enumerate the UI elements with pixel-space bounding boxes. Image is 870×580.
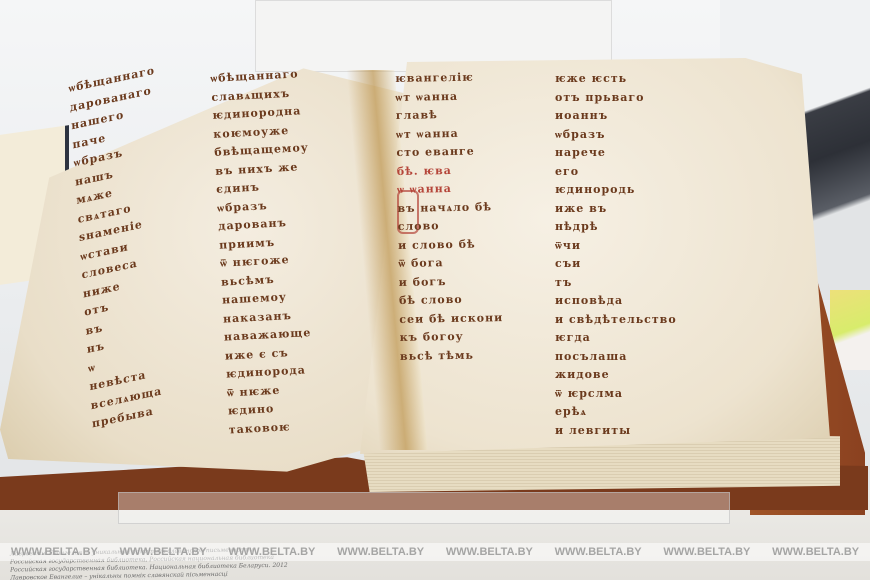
manuscript-line: къ богоу bbox=[400, 327, 504, 347]
manuscript-line: его bbox=[555, 163, 677, 182]
manuscript-line: ѿчи bbox=[555, 237, 677, 256]
manuscript-line: ѡбразъ bbox=[555, 126, 677, 145]
manuscript-line: исповѣда bbox=[555, 292, 677, 311]
manuscript-line: сеи бѣ искони bbox=[399, 309, 503, 329]
watermark-text: WWW.BELTA.BY bbox=[772, 546, 859, 558]
manuscript-line: въ начѧло бѣ bbox=[397, 198, 501, 218]
manuscript-line: и слово бѣ bbox=[398, 235, 502, 255]
manuscript-line: ѥже ѥсть bbox=[555, 70, 677, 89]
manuscript-line: и свѣдѣтельство bbox=[555, 311, 677, 330]
manuscript-line: ѡ ѡанна bbox=[397, 179, 501, 199]
manuscript-line: иже въ bbox=[555, 200, 677, 219]
manuscript-line: тъ bbox=[555, 274, 677, 293]
left-page-column-2: ѡбѣщаннагославѧщихъѥдинороднакоѥмоужебвѣ… bbox=[210, 65, 324, 439]
manuscript-line: ерѣѧ bbox=[555, 403, 677, 422]
manuscript-line: ѥдинородь bbox=[555, 181, 677, 200]
watermark-text: WWW.BELTA.BY bbox=[11, 546, 98, 558]
manuscript-line: ѥвангеліѥ bbox=[395, 68, 499, 88]
manuscript-line: вьсѣ тѣмь bbox=[400, 346, 504, 366]
manuscript-line: бѣ. ѥва bbox=[397, 161, 501, 181]
manuscript-line: и левгиты bbox=[555, 422, 677, 441]
watermark-text: WWW.BELTA.BY bbox=[337, 546, 424, 558]
manuscript-line: бѣ слово bbox=[399, 290, 503, 310]
manuscript-line: посълаша bbox=[555, 348, 677, 367]
watermark-text: WWW.BELTA.BY bbox=[446, 546, 533, 558]
right-page-column-1: ѥвангеліѥѡт ѡаннаглавѣѡт ѡаннасто еванге… bbox=[395, 68, 504, 366]
manuscript-line: нѣдрѣ bbox=[555, 218, 677, 237]
watermark-text: WWW.BELTA.BY bbox=[555, 546, 642, 558]
manuscript-line: и богъ bbox=[399, 272, 503, 292]
manuscript-line: сто еванге bbox=[396, 142, 500, 162]
manuscript-line: слово bbox=[398, 216, 502, 236]
manuscript-line: нарече bbox=[555, 144, 677, 163]
watermark-text: WWW.BELTA.BY bbox=[663, 546, 750, 558]
manuscript-line: ѡт ѡанна bbox=[395, 87, 499, 107]
manuscript-line: жидове bbox=[555, 366, 677, 385]
manuscript-line: ѥгда bbox=[555, 329, 677, 348]
manuscript-line: ѿ ѥрслма bbox=[555, 385, 677, 404]
watermark-strip: WWW.BELTA.BY WWW.BELTA.BY WWW.BELTA.BY W… bbox=[0, 543, 870, 561]
manuscript-line: отъ прьваго bbox=[555, 89, 677, 108]
manuscript-line: иоаннъ bbox=[555, 107, 677, 126]
manuscript-line: ѿ бога bbox=[398, 253, 502, 273]
manuscript-line: главѣ bbox=[396, 105, 500, 125]
manuscript-line: съи bbox=[555, 255, 677, 274]
watermark-text: WWW.BELTA.BY bbox=[120, 546, 207, 558]
right-page-column-2: ѥже ѥстьотъ прьвагоиоаннъѡбразънаречеего… bbox=[555, 70, 677, 440]
acrylic-holder bbox=[118, 492, 730, 524]
watermark-text: WWW.BELTA.BY bbox=[228, 546, 315, 558]
manuscript-line: ѡт ѡанна bbox=[396, 124, 500, 144]
